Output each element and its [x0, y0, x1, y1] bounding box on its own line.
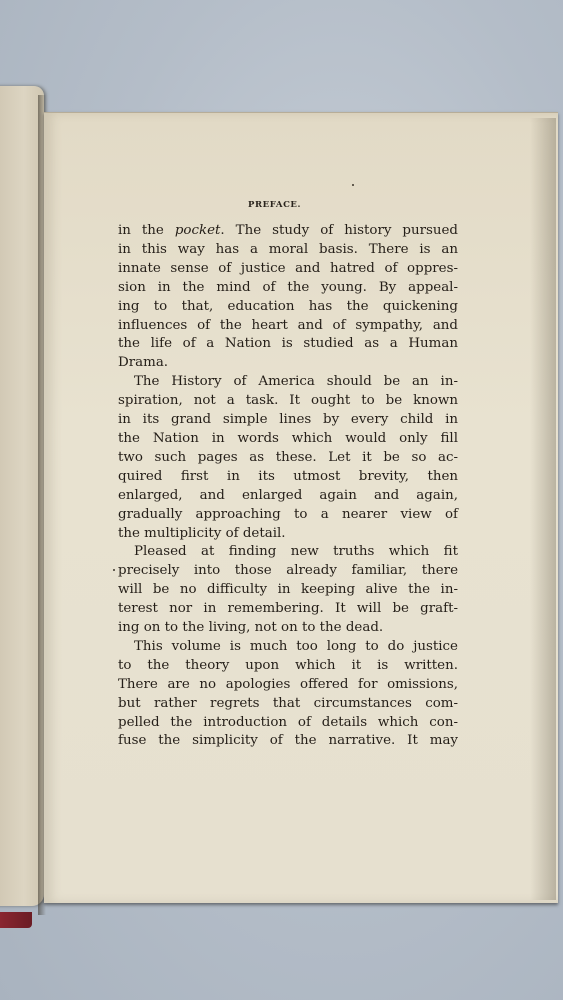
text-line: sion in the mind of the young. By appeal…	[118, 279, 458, 298]
paragraph: The History of America should be an in- …	[118, 373, 458, 543]
text-line: the life of a Nation is studied as a Hum…	[118, 335, 458, 354]
text-line: the Nation in words which would only fil…	[118, 430, 458, 449]
paragraph: Pleased at finding new truths which fit …	[118, 543, 458, 638]
text-line: innate sense of justice and hatred of op…	[118, 260, 458, 279]
text-line: There are no apologies offered for omiss…	[118, 676, 458, 695]
text-line: influences of the heart and of sympathy,…	[118, 317, 458, 336]
text-line: in its grand simple lines by every child…	[118, 411, 458, 430]
paragraph: This volume is much too long to do justi…	[118, 638, 458, 751]
text-line: to the theory upon which it is written.	[118, 657, 458, 676]
paragraph: in the pocket. The study of history purs…	[118, 222, 458, 373]
book-cover-edge	[0, 912, 32, 928]
text-line: spiration, not a task. It ought to be kn…	[118, 392, 458, 411]
text-line: This volume is much too long to do justi…	[118, 638, 458, 657]
text-line: gradually approaching to a nearer view o…	[118, 506, 458, 525]
running-head: PREFACE.	[248, 200, 301, 210]
text-line: two such pages as these. Let it be so ac…	[118, 449, 458, 468]
text-line: in the pocket. The study of history purs…	[118, 222, 458, 241]
text-line: ing to that, education has the quickenin…	[118, 298, 458, 317]
text-line: pelled the introduction of details which…	[118, 714, 458, 733]
italic-word: pocket	[175, 223, 221, 238]
text-line: terest nor in remembering. It will be gr…	[118, 600, 458, 619]
text-line: in this way has a moral basis. There is …	[118, 241, 458, 260]
ink-speck	[113, 569, 115, 571]
text-line: the multiplicity of detail.	[118, 525, 458, 544]
text-line: enlarged, and enlarged again and again,	[118, 487, 458, 506]
text-line: fuse the simplicity of the narrative. It…	[118, 732, 458, 751]
text-line: precisely into those already familiar, t…	[118, 562, 458, 581]
text-line: will be no difficulty in keeping alive t…	[118, 581, 458, 600]
text-line: The History of America should be an in-	[118, 373, 458, 392]
ink-speck	[352, 184, 354, 186]
text-line: Pleased at finding new truths which fit	[118, 543, 458, 562]
text-line: but rather regrets that circumstances co…	[118, 695, 458, 714]
text-line: quired first in its utmost brevity, then	[118, 468, 458, 487]
text-line: Drama.	[118, 354, 458, 373]
text-line: ing on to the living, not on to the dead…	[118, 619, 458, 638]
page-body-text: in the pocket. The study of history purs…	[118, 222, 458, 751]
page-right-edge-shadow	[530, 118, 556, 900]
